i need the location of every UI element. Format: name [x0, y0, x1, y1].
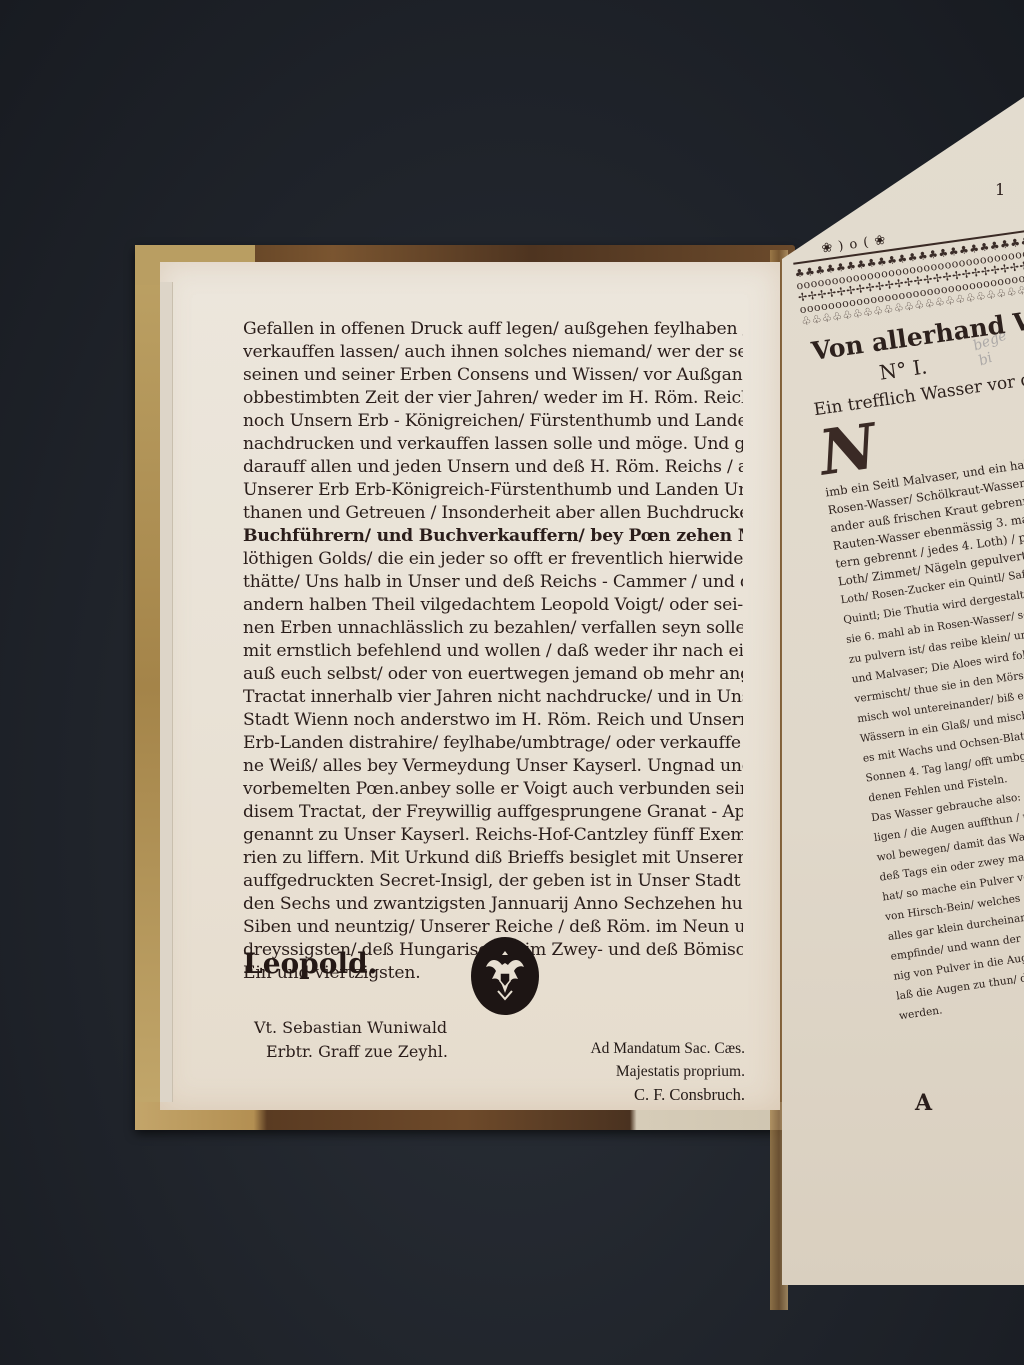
text-line: Buchführern/ und Buchverkauffern/ bey Pœ… [243, 525, 743, 548]
mandate-block: Ad Mandatum Sac. Cæs. Majestatis propriu… [545, 1037, 745, 1106]
countersign-line: Erbtr. Graff zue Zeyhl. [254, 1040, 448, 1064]
text-line: auß euch selbst/ oder von euertwegen jem… [243, 663, 743, 686]
text-line: disem Tractat, der Freywillig auffgespru… [243, 801, 743, 824]
text-line: Tractat innerhalb vier Jahren nicht nach… [243, 686, 743, 709]
mandate-line: C. F. Consbruch. [545, 1083, 745, 1106]
text-line: andern halben Theil vilgedachtem Leopold… [243, 594, 743, 617]
text-line: Siben und neuntzig/ Unserer Reiche / deß… [243, 916, 743, 939]
text-line: vorbemelten Pœn.anbey solle er Voigt auc… [243, 778, 743, 801]
text-line: noch Unsern Erb - Königreichen/ Fürstent… [243, 410, 743, 433]
text-line: Gefallen in offenen Druck auff legen/ au… [243, 318, 743, 341]
text-line: den Sechs und zwantzigsten Jannuarij Ann… [243, 893, 743, 916]
privilege-text: Gefallen in offenen Druck auff legen/ au… [243, 318, 743, 985]
text-line: auffgedruckten Secret-Insigl, der geben … [243, 870, 743, 893]
page-number: 1 [995, 180, 1005, 199]
text-line: Stadt Wienn noch anderstwo im H. Röm. Re… [243, 709, 743, 732]
countersignature: Vt. Sebastian Wuniwald Erbtr. Graff zue … [254, 1016, 448, 1064]
text-line: ne Weiß/ alles bey Vermeydung Unser Kays… [243, 755, 743, 778]
signature-mark: A [915, 1090, 932, 1116]
text-line: Unserer Erb Erb-Königreich-Fürstenthumb … [243, 479, 743, 502]
text-line: thätte/ Uns halb in Unser und deß Reichs… [243, 571, 743, 594]
signature-leopold: Leopold. [243, 947, 377, 980]
double-headed-eagle-seal-icon [471, 937, 539, 1015]
mandate-line: Ad Mandatum Sac. Cæs. [545, 1037, 745, 1060]
flyleaf-edge [160, 282, 173, 1102]
drop-cap: N [816, 416, 880, 483]
text-line: löthigen Golds/ die ein jeder so offt er… [243, 548, 743, 571]
text-line: nachdrucken und verkauffen lassen solle … [243, 433, 743, 456]
text-line: nen Erben unnachlässlich zu bezahlen/ ve… [243, 617, 743, 640]
text-line: mit ernstlich befehlend und wollen / daß… [243, 640, 743, 663]
text-line: obbestimbten Zeit der vier Jahren/ weder… [243, 387, 743, 410]
mandate-line: Majestatis proprium. [545, 1060, 745, 1083]
text-line: seinen und seiner Erben Consens und Wiss… [243, 364, 743, 387]
countersign-line: Vt. Sebastian Wuniwald [254, 1016, 448, 1040]
text-line: verkauffen lassen/ auch ihnen solches ni… [243, 341, 743, 364]
text-line: rien zu liffern. Mit Urkund diß Brieffs … [243, 847, 743, 870]
text-line: darauff allen und jeden Unsern und deß H… [243, 456, 743, 479]
text-line: Erb-Landen distrahire/ feylhabe/umbtrage… [243, 732, 743, 755]
text-line: thanen und Getreuen / Insonderheit aber … [243, 502, 743, 525]
text-line: genannt zu Unser Kayserl. Reichs-Hof-Can… [243, 824, 743, 847]
